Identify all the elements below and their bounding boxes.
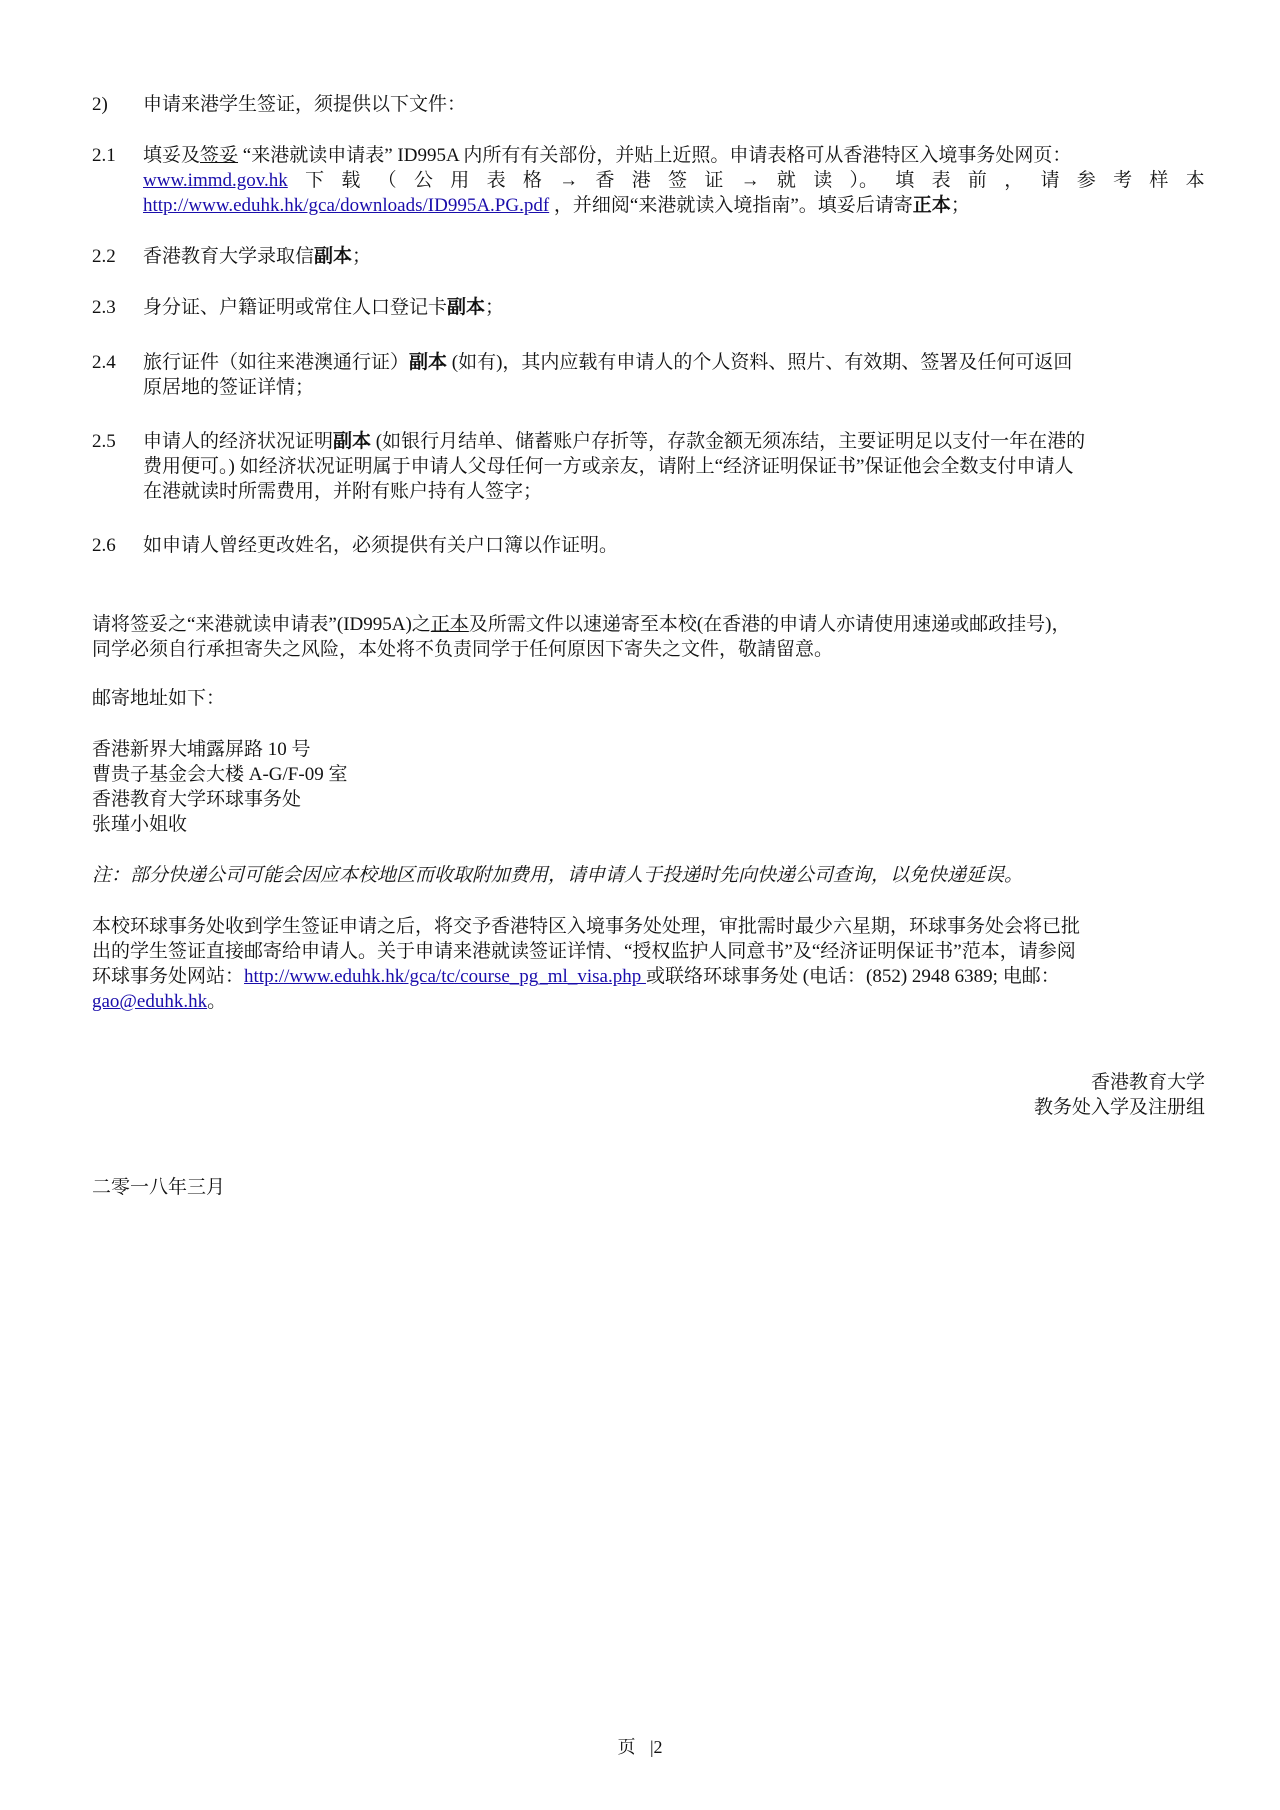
submission-text: 请将签妥之“来港就读申请表”(ID995A)之 bbox=[92, 614, 431, 635]
address-line-4: 张瑾小姐收 bbox=[92, 812, 187, 837]
item-2-5-line-3: 在港就读时所需费用，并附有账户持有人签字； bbox=[143, 479, 542, 504]
word: 表 bbox=[932, 168, 951, 193]
info-line-1: 本校环球事务处收到学生签证申请之后，将交予香港特区入境事务处处理，审批需时最少六… bbox=[92, 914, 1080, 939]
item-text-cont: (如有)，其内应载有申请人的个人资料、照片、有效期、签署及任何可返回 bbox=[447, 352, 1072, 373]
word: 样 bbox=[1149, 168, 1168, 193]
item-2-4-line-1: 旅行证件（如往来港澳通行证）副本 (如有)，其内应载有申请人的个人资料、照片、有… bbox=[143, 350, 1072, 375]
word: 本 bbox=[1186, 168, 1205, 193]
bold-copy: 副本 bbox=[409, 352, 447, 373]
bold-original: 正本 bbox=[913, 195, 951, 216]
item-text: 香港教育大学录取信 bbox=[143, 246, 314, 267]
item-text-cont: (如银行月结单、储蓄账户存折等，存款金额无须冻结，主要证明足以支付一年在港的 bbox=[371, 431, 1085, 452]
page-label: 页 bbox=[617, 1737, 635, 1757]
info-line-2: 出的学生签证直接邮寄给申请人。关于申请来港就读签证详情、“授权监护人同意书”及“… bbox=[92, 939, 1076, 964]
signature-dept: 教务处入学及注册组 bbox=[1034, 1095, 1205, 1120]
document-date: 二零一八年三月 bbox=[92, 1175, 225, 1200]
word: 填 bbox=[895, 168, 914, 193]
submission-line-2: 同学必须自行承担寄失之风险，本处将不负责同学于任何原因下寄失之文件，敬請留意。 bbox=[92, 637, 833, 662]
word: 考 bbox=[1113, 168, 1132, 193]
punct: ； bbox=[951, 195, 970, 216]
info-line-4: gao@eduhk.hk。 bbox=[92, 989, 226, 1014]
courier-note: 注：部分快递公司可能会因应本校地区而收取附加费用，请申请人于投递时先向快递公司查… bbox=[92, 863, 1023, 888]
item-2-3-text: 身分证、户籍证明或常住人口登记卡副本； bbox=[143, 295, 504, 320]
item-2-2-text: 香港教育大学录取信副本； bbox=[143, 244, 371, 269]
address-line-3: 香港教育大学环球事务处 bbox=[92, 787, 301, 812]
word: 参 bbox=[1077, 168, 1096, 193]
item-2-5-line-2: 费用便可。) 如经济状况证明属于申请人父母任何一方或亲友，请附上“经济证明保证书… bbox=[143, 454, 1073, 479]
word: （ bbox=[378, 168, 397, 193]
word: 格 bbox=[523, 168, 542, 193]
bold-copy: 副本 bbox=[447, 297, 485, 318]
email-link[interactable]: gao@eduhk.hk bbox=[92, 991, 207, 1012]
arrow-icon: → bbox=[741, 168, 760, 193]
item-number-2-2: 2.2 bbox=[92, 244, 116, 269]
info-text: 环球事务处网站： bbox=[92, 966, 244, 987]
item-text: 旅行证件（如往来港澳通行证） bbox=[143, 352, 409, 373]
underlined-original: 正本 bbox=[431, 614, 469, 635]
word: 港 bbox=[632, 168, 651, 193]
word: 公 bbox=[414, 168, 433, 193]
punct: ； bbox=[352, 246, 371, 267]
item-number-2-4: 2.4 bbox=[92, 350, 116, 375]
address-line-2: 曹贵子基金会大楼 A-G/F-09 室 bbox=[92, 762, 347, 787]
word: 请 bbox=[1040, 168, 1059, 193]
word: 表 bbox=[487, 168, 506, 193]
submission-text-cont: 及所需文件以速递寄至本校(在香港的申请人亦请使用速递或邮政挂号)， bbox=[469, 614, 1071, 635]
item-2-1-line-3: http://www.eduhk.hk/gca/downloads/ID995A… bbox=[143, 193, 970, 218]
item-number-2-6: 2.6 bbox=[92, 533, 116, 558]
item-2-5-line-1: 申请人的经济状况证明副本 (如银行月结单、储蓄账户存折等，存款金额无须冻结，主要… bbox=[143, 429, 1085, 454]
section-heading: 申请来港学生签证，须提供以下文件： bbox=[143, 92, 466, 117]
signature-org: 香港教育大学 bbox=[1091, 1070, 1205, 1095]
item-number-2-5: 2.5 bbox=[92, 429, 116, 454]
item-2-1-text: 填妥及 bbox=[143, 145, 200, 166]
visa-info-link[interactable]: http://www.eduhk.hk/gca/tc/course_pg_ml_… bbox=[244, 966, 646, 987]
word: 读 bbox=[813, 168, 832, 193]
word: 就 bbox=[777, 168, 796, 193]
word: 用 bbox=[450, 168, 469, 193]
word: 香 bbox=[595, 168, 614, 193]
section-number: 2) bbox=[92, 92, 108, 117]
submission-line-1: 请将签妥之“来港就读申请表”(ID995A)之正本及所需文件以速递寄至本校(在香… bbox=[92, 612, 1070, 637]
id995a-sample-link[interactable]: http://www.eduhk.hk/gca/downloads/ID995A… bbox=[143, 195, 549, 216]
item-2-4-line-2: 原居地的签证详情； bbox=[143, 375, 314, 400]
contact-text: 或联络环球事务处 (电话：(852) 2948 6389; 电邮： bbox=[646, 966, 1060, 987]
item-2-1-underlined-sign: 签妥 bbox=[200, 145, 238, 166]
item-2-1-text-cont: “来港就读申请表” ID995A 内所有有关部份，并贴上近照。申请表格可从香港特… bbox=[238, 145, 1071, 166]
item-text: 身分证、户籍证明或常住人口登记卡 bbox=[143, 297, 447, 318]
item-2-1-text-guide: ，并细阅“来港就读入境指南”。填妥后请寄 bbox=[549, 195, 913, 216]
word: 签 bbox=[668, 168, 687, 193]
word: 下 bbox=[305, 168, 324, 193]
item-2-1-line-2: www.immd.gov.hk 下 载 （ 公 用 表 格 → 香 港 签 证 … bbox=[143, 168, 1205, 193]
word: 证 bbox=[704, 168, 723, 193]
item-2-1-line-1: 填妥及签妥 “来港就读申请表” ID995A 内所有有关部份，并贴上近照。申请表… bbox=[143, 143, 1071, 168]
word: ）。 bbox=[850, 168, 879, 193]
word: 载 bbox=[341, 168, 360, 193]
punct: 。 bbox=[207, 991, 226, 1012]
item-2-6-text: 如申请人曾经更改姓名，必须提供有关户口簿以作证明。 bbox=[143, 533, 618, 558]
immd-link[interactable]: www.immd.gov.hk bbox=[143, 168, 288, 193]
page-number: 2 bbox=[654, 1737, 663, 1757]
word: ， bbox=[1004, 168, 1023, 193]
info-line-3: 环球事务处网站：http://www.eduhk.hk/gca/tc/cours… bbox=[92, 964, 1060, 989]
address-line-1: 香港新界大埔露屏路 10 号 bbox=[92, 737, 311, 762]
bold-copy: 副本 bbox=[314, 246, 352, 267]
arrow-icon: → bbox=[559, 168, 578, 193]
bold-copy: 副本 bbox=[333, 431, 371, 452]
item-text: 申请人的经济状况证明 bbox=[143, 431, 333, 452]
document-page: 2) 申请来港学生签证，须提供以下文件： 2.1 填妥及签妥 “来港就读申请表”… bbox=[0, 0, 1280, 1810]
item-number-2-1: 2.1 bbox=[92, 143, 116, 168]
punct: ； bbox=[485, 297, 504, 318]
word: 前 bbox=[968, 168, 987, 193]
item-number-2-3: 2.3 bbox=[92, 295, 116, 320]
page-footer: 页 |2 bbox=[0, 1733, 1280, 1759]
address-label: 邮寄地址如下： bbox=[92, 686, 225, 711]
